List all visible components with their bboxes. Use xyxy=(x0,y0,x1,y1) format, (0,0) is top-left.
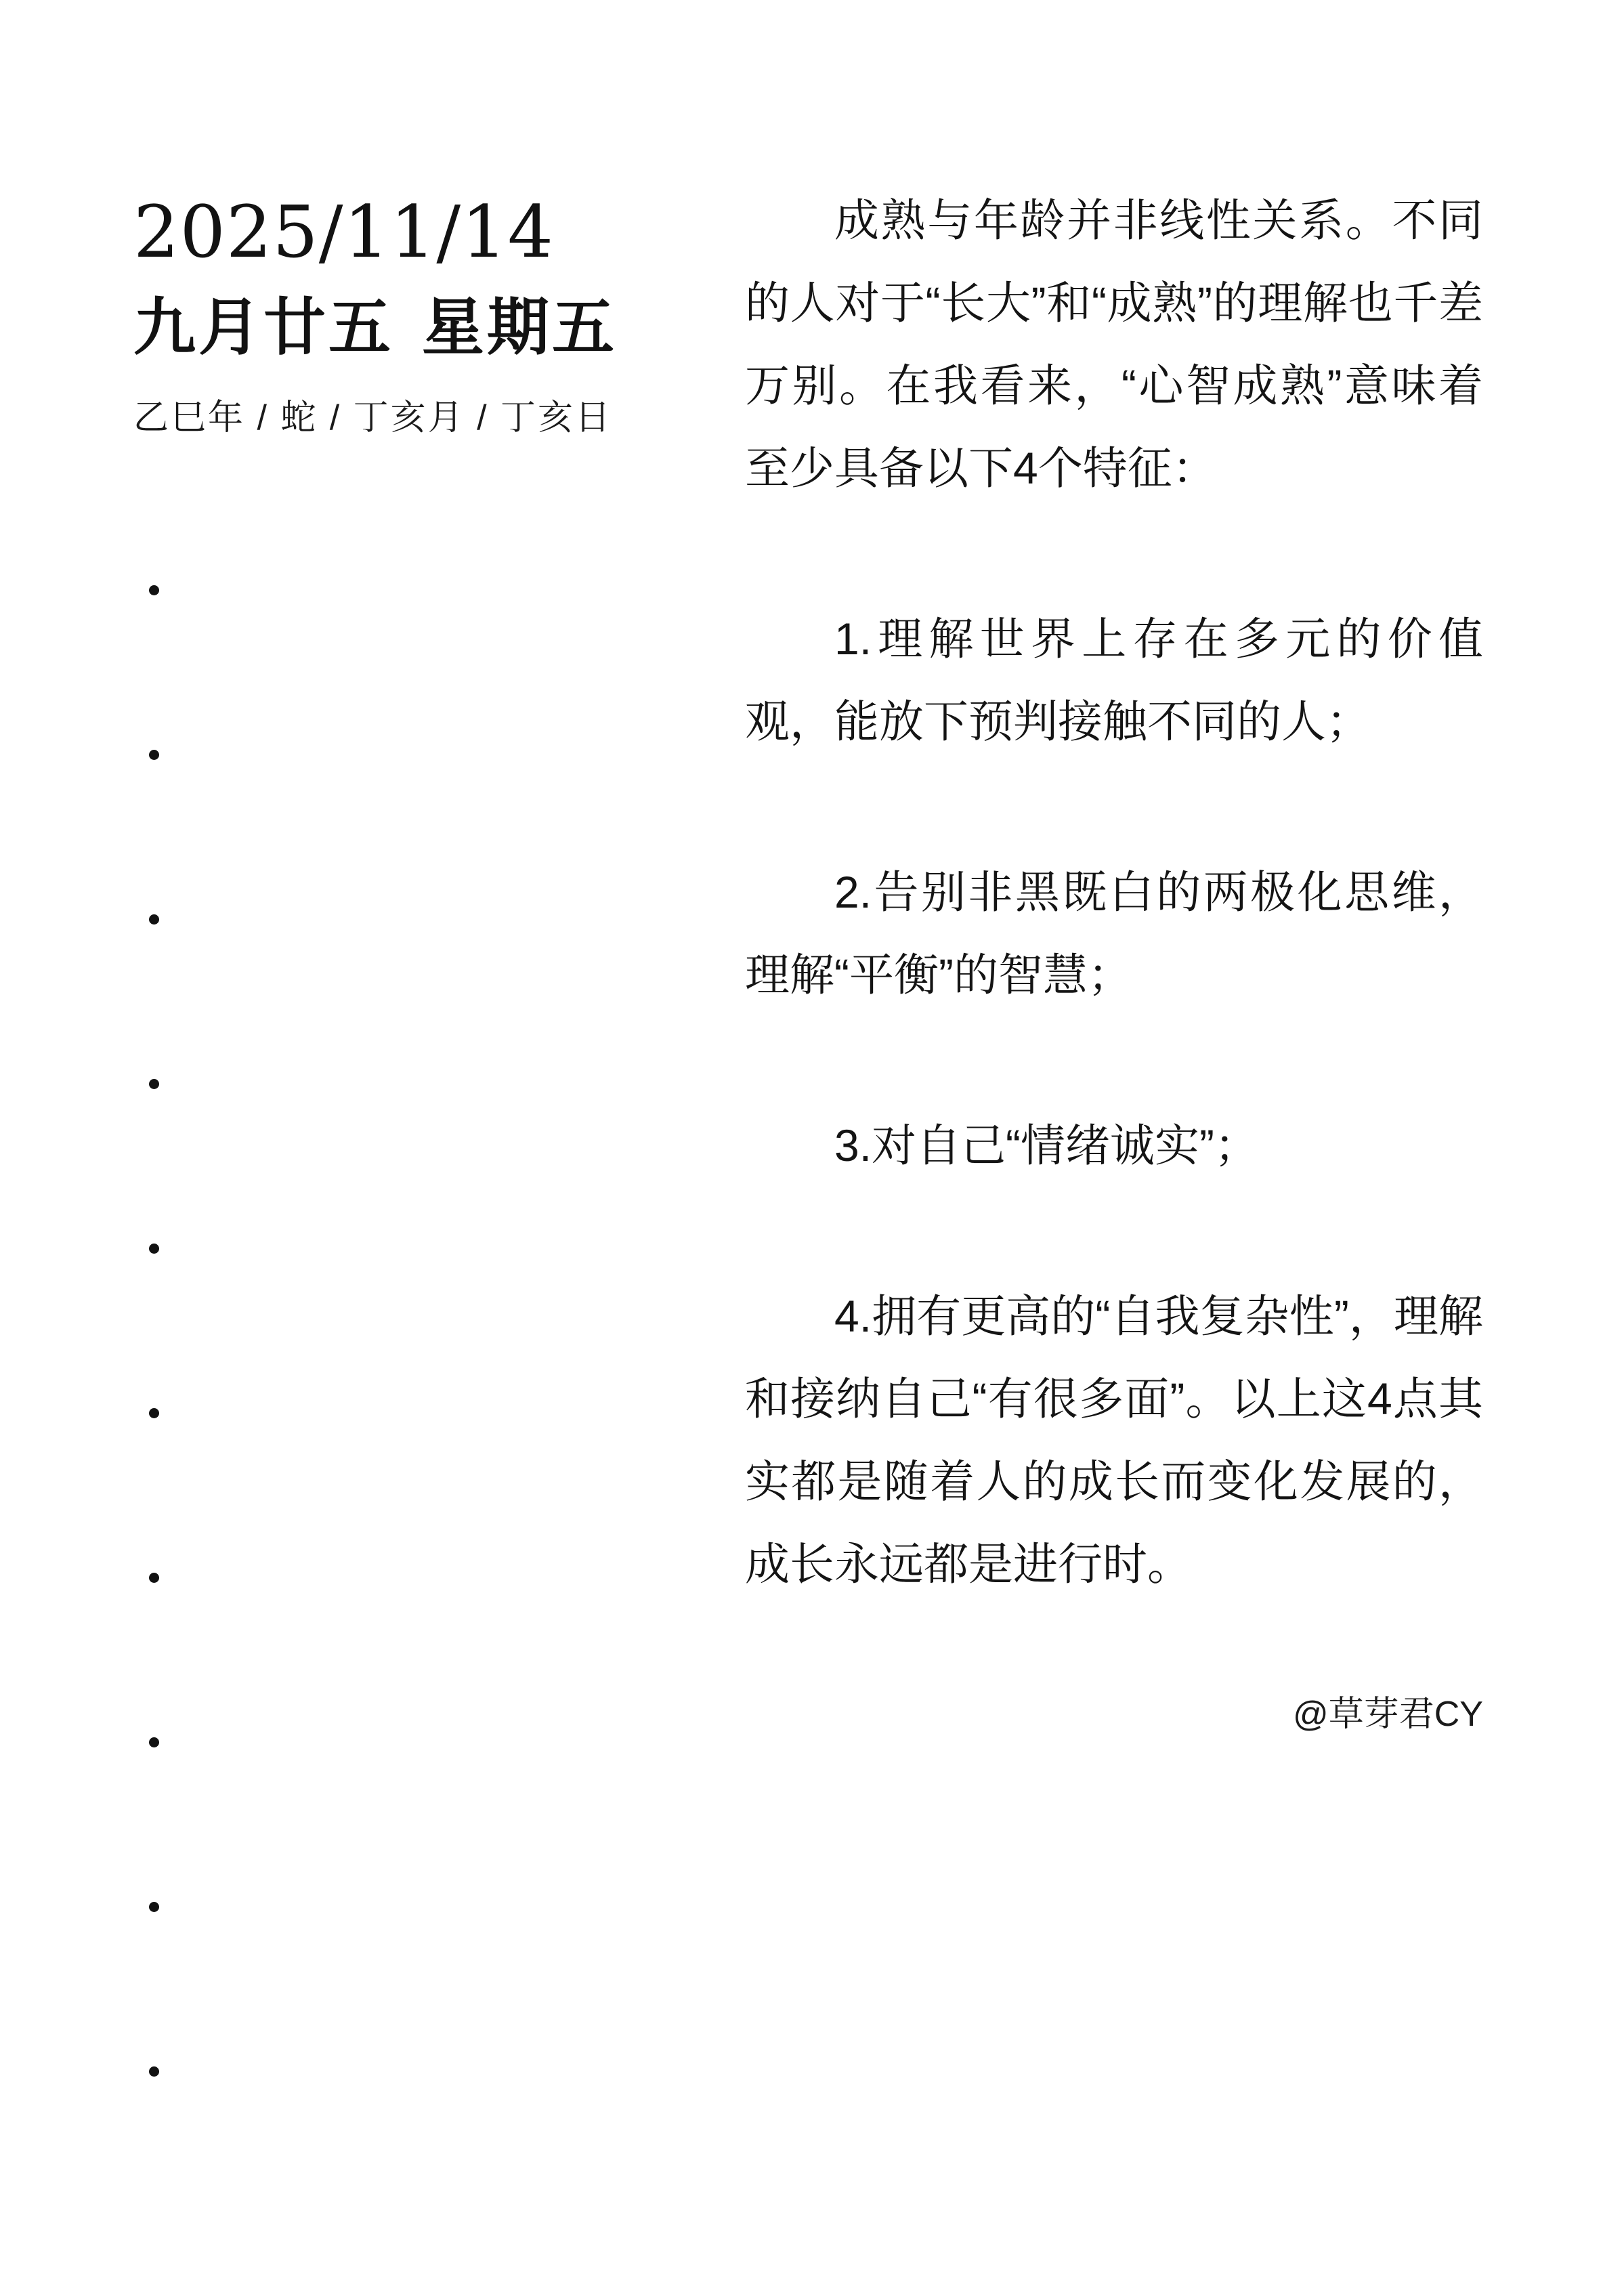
leader-dot xyxy=(149,750,159,760)
leader-dot xyxy=(149,1737,159,1747)
author-signature: @草芽君CY xyxy=(745,1693,1483,1735)
article-paragraph-item-2: 2.告别非黑既白的两极化思维， 理解“平衡”的智慧； xyxy=(745,851,1483,1016)
leader-dot xyxy=(149,1244,159,1254)
dot-column xyxy=(149,585,159,2231)
leader-dot xyxy=(149,1573,159,1583)
article-paragraph-item-3: 3.对自己“情绪诚实”； xyxy=(745,1104,1483,1187)
daily-calendar-card: 2025/11/14 九月廿五星期五 乙巳年 / 蛇 / 丁亥月 / 丁亥日 成… xyxy=(0,0,1624,2292)
leader-dot xyxy=(149,2066,159,2077)
leader-dot xyxy=(149,914,159,925)
article-paragraph-intro: 成熟与年龄并非线性关系。不同的人对于“长大”和“成熟”的理解也千差万别。在我看来… xyxy=(745,179,1483,509)
lunar-date-line: 九月廿五星期五 xyxy=(133,290,617,364)
date-block: 2025/11/14 九月廿五星期五 乙巳年 / 蛇 / 丁亥月 / 丁亥日 xyxy=(133,196,617,440)
gregorian-date: 2025/11/14 xyxy=(133,196,617,268)
leader-dot xyxy=(149,585,159,595)
weekday: 星期五 xyxy=(422,291,617,364)
leader-dot xyxy=(149,1902,159,1912)
article-paragraph-item-4: 4.拥有更高的“自我复杂性”，理解和接纳自己“有很多面”。以上这4点其实都是随着… xyxy=(745,1275,1483,1605)
article-paragraph-item-1: 1.理解世界上存在多元的价值观，能放下预判接触不同的人； xyxy=(745,597,1483,763)
lunar-date: 九月廿五 xyxy=(133,291,393,364)
leader-dot xyxy=(149,1079,159,1089)
leader-dot xyxy=(149,1408,159,1418)
article: 成熟与年龄并非线性关系。不同的人对于“长大”和“成熟”的理解也千差万别。在我看来… xyxy=(745,179,1483,1735)
ganzhi-calendar-line: 乙巳年 / 蛇 / 丁亥月 / 丁亥日 xyxy=(133,397,617,439)
